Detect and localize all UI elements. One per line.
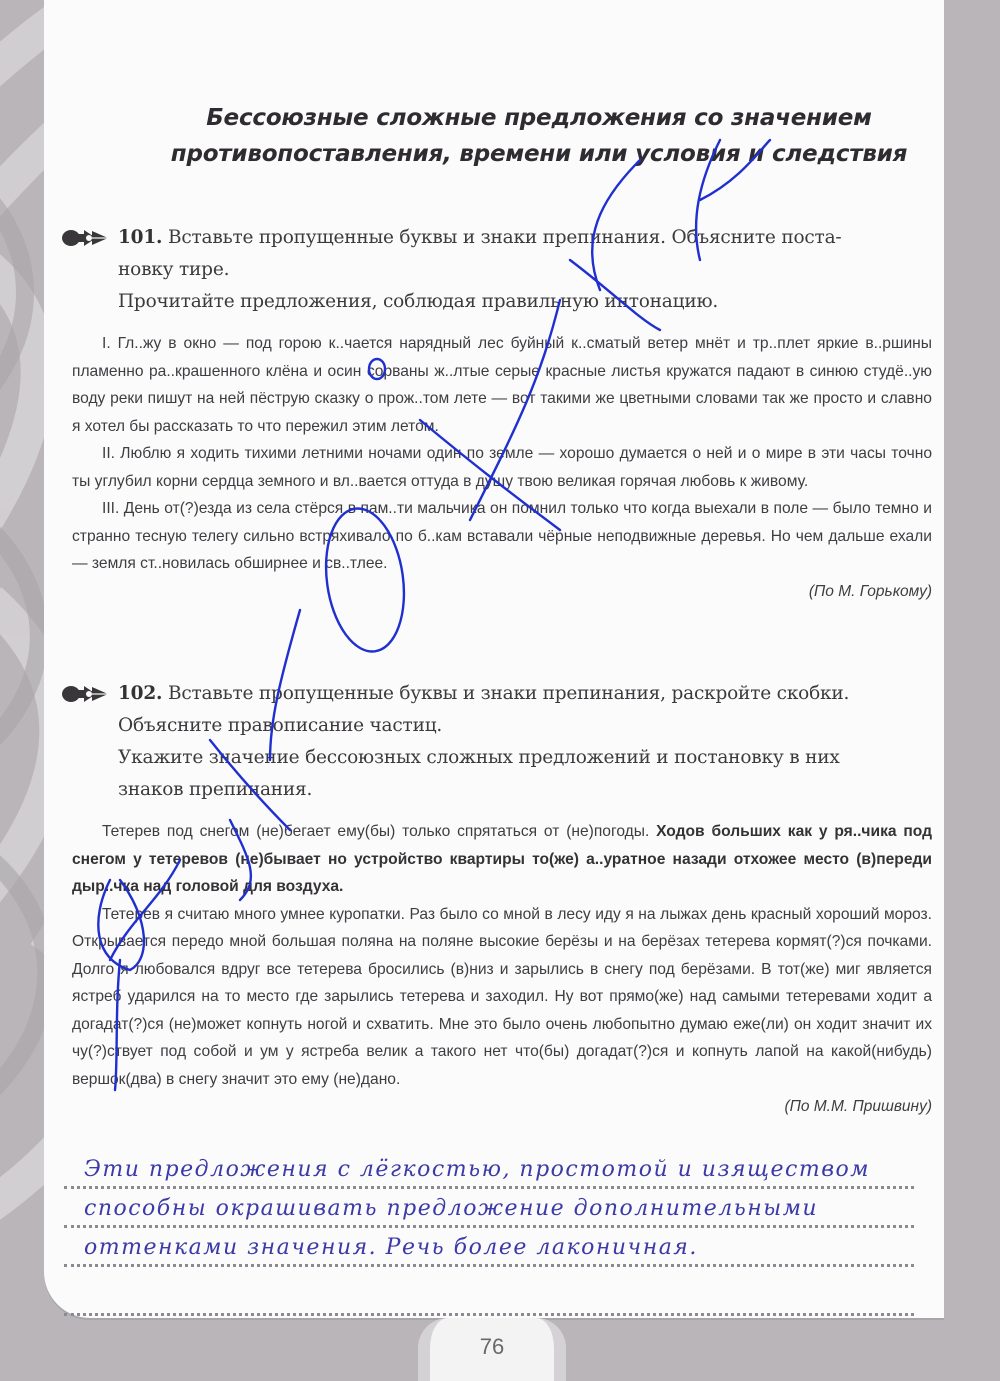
page-number-tab: 76 <box>418 1318 566 1381</box>
exercise-101-instructions: 101. Вставьте пропущенные буквы и знаки … <box>62 222 932 318</box>
pen-nib-icon <box>62 684 110 704</box>
handwritten-answer: способны окрашивать предложение дополнит… <box>84 1196 818 1221</box>
exercise-102-instructions: 102. Вставьте пропущенные буквы и знаки … <box>62 678 932 806</box>
page-number: 76 <box>430 1334 554 1360</box>
attribution-gorky: (По М. Горькому) <box>72 578 932 606</box>
passage-paragraph-1: Тетерев под снегом (не)бегает ему(бы) то… <box>72 818 932 901</box>
instruction-text: Прочитайте предложения, соблюдая правиль… <box>118 286 932 318</box>
instruction-text: знаков препинания. <box>118 774 932 806</box>
attribution-prishvin: (По М.М. Пришвину) <box>72 1093 932 1121</box>
passage-paragraph-1: I. Гл..жу в окно — под горою к..чается н… <box>72 330 932 440</box>
title-line-1: Бессоюзные сложные предложения со значен… <box>144 100 934 136</box>
handwritten-answer: оттенками значения. Речь более лаконична… <box>84 1235 698 1260</box>
passage-paragraph-2: Тетерев я считаю много умнее куропатки. … <box>72 901 932 1094</box>
exercise-102-passage: Тетерев под снегом (не)бегает ему(бы) то… <box>62 818 932 1121</box>
instruction-text: новку тире. <box>118 254 932 286</box>
answer-line[interactable] <box>64 1267 914 1316</box>
instruction-text: Вставьте пропущенные буквы и знаки препи… <box>168 227 842 248</box>
instruction-text: Вставьте пропущенные буквы и знаки препи… <box>168 683 849 704</box>
exercise-101: 101. Вставьте пропущенные буквы и знаки … <box>62 222 932 606</box>
exercise-number: 101. <box>118 227 162 248</box>
pen-nib-icon <box>62 228 110 248</box>
answer-line[interactable]: Эти предложения с лёгкостью, простотой и… <box>64 1150 914 1189</box>
instruction-text: Укажите значение бессоюзных сложных пред… <box>118 742 932 774</box>
title-line-2: противопоставления, времени или условия … <box>144 136 934 172</box>
passage-paragraph-2: II. Люблю я ходить тихими летними ночами… <box>72 440 932 495</box>
plain-text: Тетерев под снегом (не)бегает ему(бы) то… <box>102 823 656 840</box>
exercise-102: 102. Вставьте пропущенные буквы и знаки … <box>62 678 932 1121</box>
section-title: Бессоюзные сложные предложения со значен… <box>144 100 934 172</box>
instruction-text: Объясните правописание частиц. <box>118 710 932 742</box>
exercise-number: 102. <box>118 683 162 704</box>
passage-paragraph-3: III. День от(?)езда из села стёрся в пам… <box>72 495 932 578</box>
answer-area[interactable]: Эти предложения с лёгкостью, простотой и… <box>64 1150 914 1316</box>
answer-line[interactable]: оттенками значения. Речь более лаконична… <box>64 1228 914 1267</box>
handwritten-answer: Эти предложения с лёгкостью, простотой и… <box>84 1157 870 1182</box>
exercise-101-passage: I. Гл..жу в окно — под горою к..чается н… <box>62 330 932 606</box>
workbook-page: Бессоюзные сложные предложения со значен… <box>44 0 944 1318</box>
answer-line[interactable]: способны окрашивать предложение дополнит… <box>64 1189 914 1228</box>
